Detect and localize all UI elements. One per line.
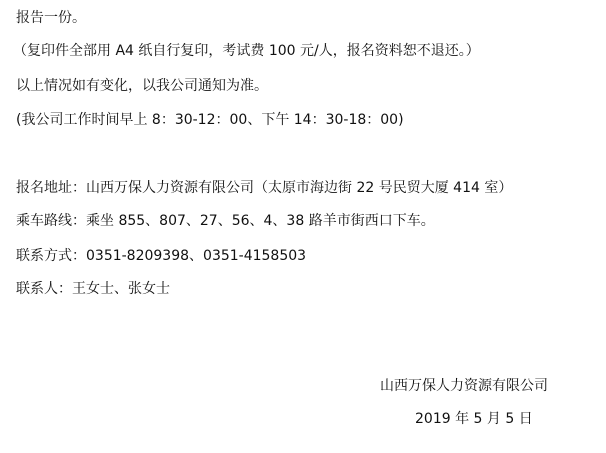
contact-person-line: 联系人：王女士、张女士 — [16, 280, 170, 298]
signature-date: 2019 年 5 月 5 日 — [415, 410, 533, 428]
paragraph-report-copy: 报告一份。 — [16, 9, 86, 27]
paragraph-copy-note: （复印件全部用 A4 纸自行复印，考试费 100 元/人，报名资料恕不退还。） — [13, 42, 480, 60]
paragraph-notice: 以上情况如有变化，以我公司通知为准。 — [16, 77, 268, 95]
paragraph-work-hours: (我公司工作时间早上 8：30-12：00、下午 14：30-18：00) — [16, 111, 404, 129]
address-line: 报名地址：山西万保人力资源有限公司（太原市海边街 22 号民贸大厦 414 室） — [16, 179, 512, 197]
bus-route-line: 乘车路线：乘坐 855、807、27、56、4、38 路羊市街西口下车。 — [16, 212, 435, 230]
signature-company: 山西万保人力资源有限公司 — [380, 377, 548, 395]
phone-line: 联系方式：0351-8209398、0351-4158503 — [16, 247, 306, 265]
